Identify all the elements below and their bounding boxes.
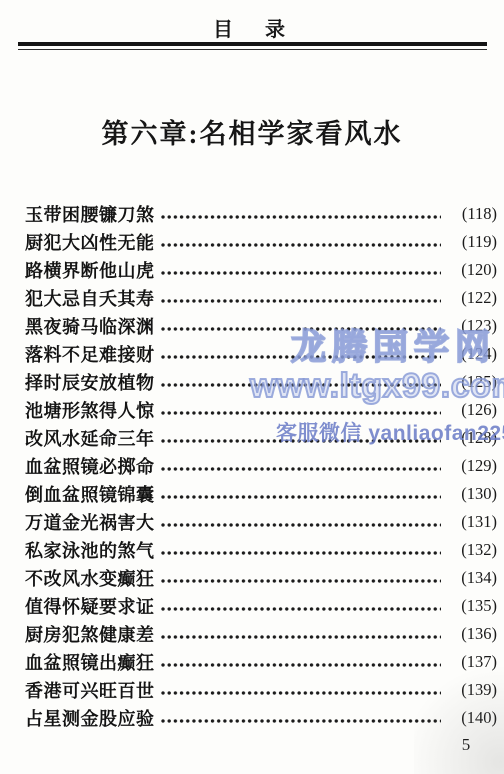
dot-leader [161,551,442,555]
toc-row: 厨房犯煞健康差(136) [0,620,504,648]
toc-entry-page: (136) [447,624,497,644]
toc-entry-title: 改风水延命三年 [25,425,155,451]
dot-leader [161,635,442,639]
toc-entry-title: 犯大忌自夭其寿 [25,285,155,311]
dot-leader [161,691,442,695]
toc-row: 血盆照镜出癫狂(137) [0,648,504,676]
toc-entry-page: (140) [447,708,497,728]
header-divider [18,42,487,46]
dot-leader [161,663,442,667]
page-number: 5 [455,735,477,755]
dot-leader [161,355,442,359]
toc-entry-page: (137) [447,652,497,672]
toc-entry-title: 占星测金股应验 [25,705,155,731]
toc-entry-page: (119) [447,232,497,252]
toc-entry-page: (131) [447,512,497,532]
toc-entry-page: (126) [447,400,497,420]
toc-entry-page: (135) [447,596,497,616]
toc-row: 占星测金股应验(140) [0,704,504,732]
dot-leader [161,523,442,527]
toc-row: 万道金光祸害大(131) [0,508,504,536]
dot-leader [161,271,442,275]
toc-entry-page: (129) [447,456,497,476]
chapter-title: 第六章:名相学家看风水 [0,112,504,151]
toc-row: 厨犯大凶性无能(119) [0,228,504,256]
page-header: 目 录 [0,13,504,42]
toc-entry-title: 黑夜骑马临深渊 [25,313,155,339]
toc-row: 玉带困腰镰刀煞(118) [0,200,504,228]
toc-row: 改风水延命三年(128) [0,424,504,452]
toc-entry-title: 万道金光祸害大 [25,509,155,535]
toc-row: 落料不足难接财(124) [0,340,504,368]
toc-entry-title: 私家泳池的煞气 [25,537,155,563]
toc-row: 不改风水变癫狂(134) [0,564,504,592]
toc-entry-page: (122) [447,288,497,308]
dot-leader [161,439,442,443]
toc-row: 香港可兴旺百世(139) [0,676,504,704]
toc-row: 路横界断他山虎(120) [0,256,504,284]
toc-row: 血盆照镜必掷命(129) [0,452,504,480]
toc-entry-title: 厨犯大凶性无能 [25,229,155,255]
toc-entry-title: 香港可兴旺百世 [25,677,155,703]
toc-entry-title: 落料不足难接财 [25,341,155,367]
dot-leader [161,299,442,303]
toc-entry-page: (132) [447,540,497,560]
toc-entry-page: (118) [447,204,497,224]
toc-entry-title: 值得怀疑要求证 [25,593,155,619]
dot-leader [161,579,442,583]
toc-row: 倒血盆照镜锦囊(130) [0,480,504,508]
toc-entry-title: 厨房犯煞健康差 [25,621,155,647]
dot-leader [161,243,442,247]
toc-entry-page: (123) [447,316,497,336]
toc-entry-title: 玉带困腰镰刀煞 [25,201,155,227]
toc-entry-title: 不改风水变癫狂 [25,565,155,591]
toc-row: 私家泳池的煞气(132) [0,536,504,564]
toc-entry-page: (120) [447,260,497,280]
dot-leader [161,607,442,611]
toc-entry-title: 路横界断他山虎 [25,257,155,283]
toc-entry-page: (125) [447,372,497,392]
toc-row: 择时辰安放植物(125) [0,368,504,396]
dot-leader [161,215,442,219]
dot-leader [161,411,442,415]
toc-row: 犯大忌自夭其寿(122) [0,284,504,312]
dot-leader [161,327,442,331]
toc-row: 池塘形煞得人惊(126) [0,396,504,424]
toc-entry-page: (130) [447,484,497,504]
toc-entry-page: (134) [447,568,497,588]
toc-row: 黑夜骑马临深渊(123) [0,312,504,340]
dot-leader [161,719,442,723]
toc-row: 值得怀疑要求证(135) [0,592,504,620]
page-header-title: 目 录 [213,19,291,41]
toc-page: 目 录 第六章:名相学家看风水 玉带困腰镰刀煞(118)厨犯大凶性无能(119)… [0,0,504,774]
dot-leader [161,383,442,387]
dot-leader [161,495,442,499]
toc-entry-page: (124) [447,344,497,364]
toc-entry-title: 择时辰安放植物 [25,369,155,395]
toc-entry-page: (139) [447,680,497,700]
toc-list: 玉带困腰镰刀煞(118)厨犯大凶性无能(119)路横界断他山虎(120)犯大忌自… [0,200,504,732]
toc-entry-title: 池塘形煞得人惊 [25,397,155,423]
toc-entry-title: 倒血盆照镜锦囊 [25,481,155,507]
dot-leader [161,467,442,471]
toc-entry-title: 血盆照镜出癫狂 [25,649,155,675]
toc-entry-page: (128) [447,428,497,448]
toc-entry-title: 血盆照镜必掷命 [25,453,155,479]
